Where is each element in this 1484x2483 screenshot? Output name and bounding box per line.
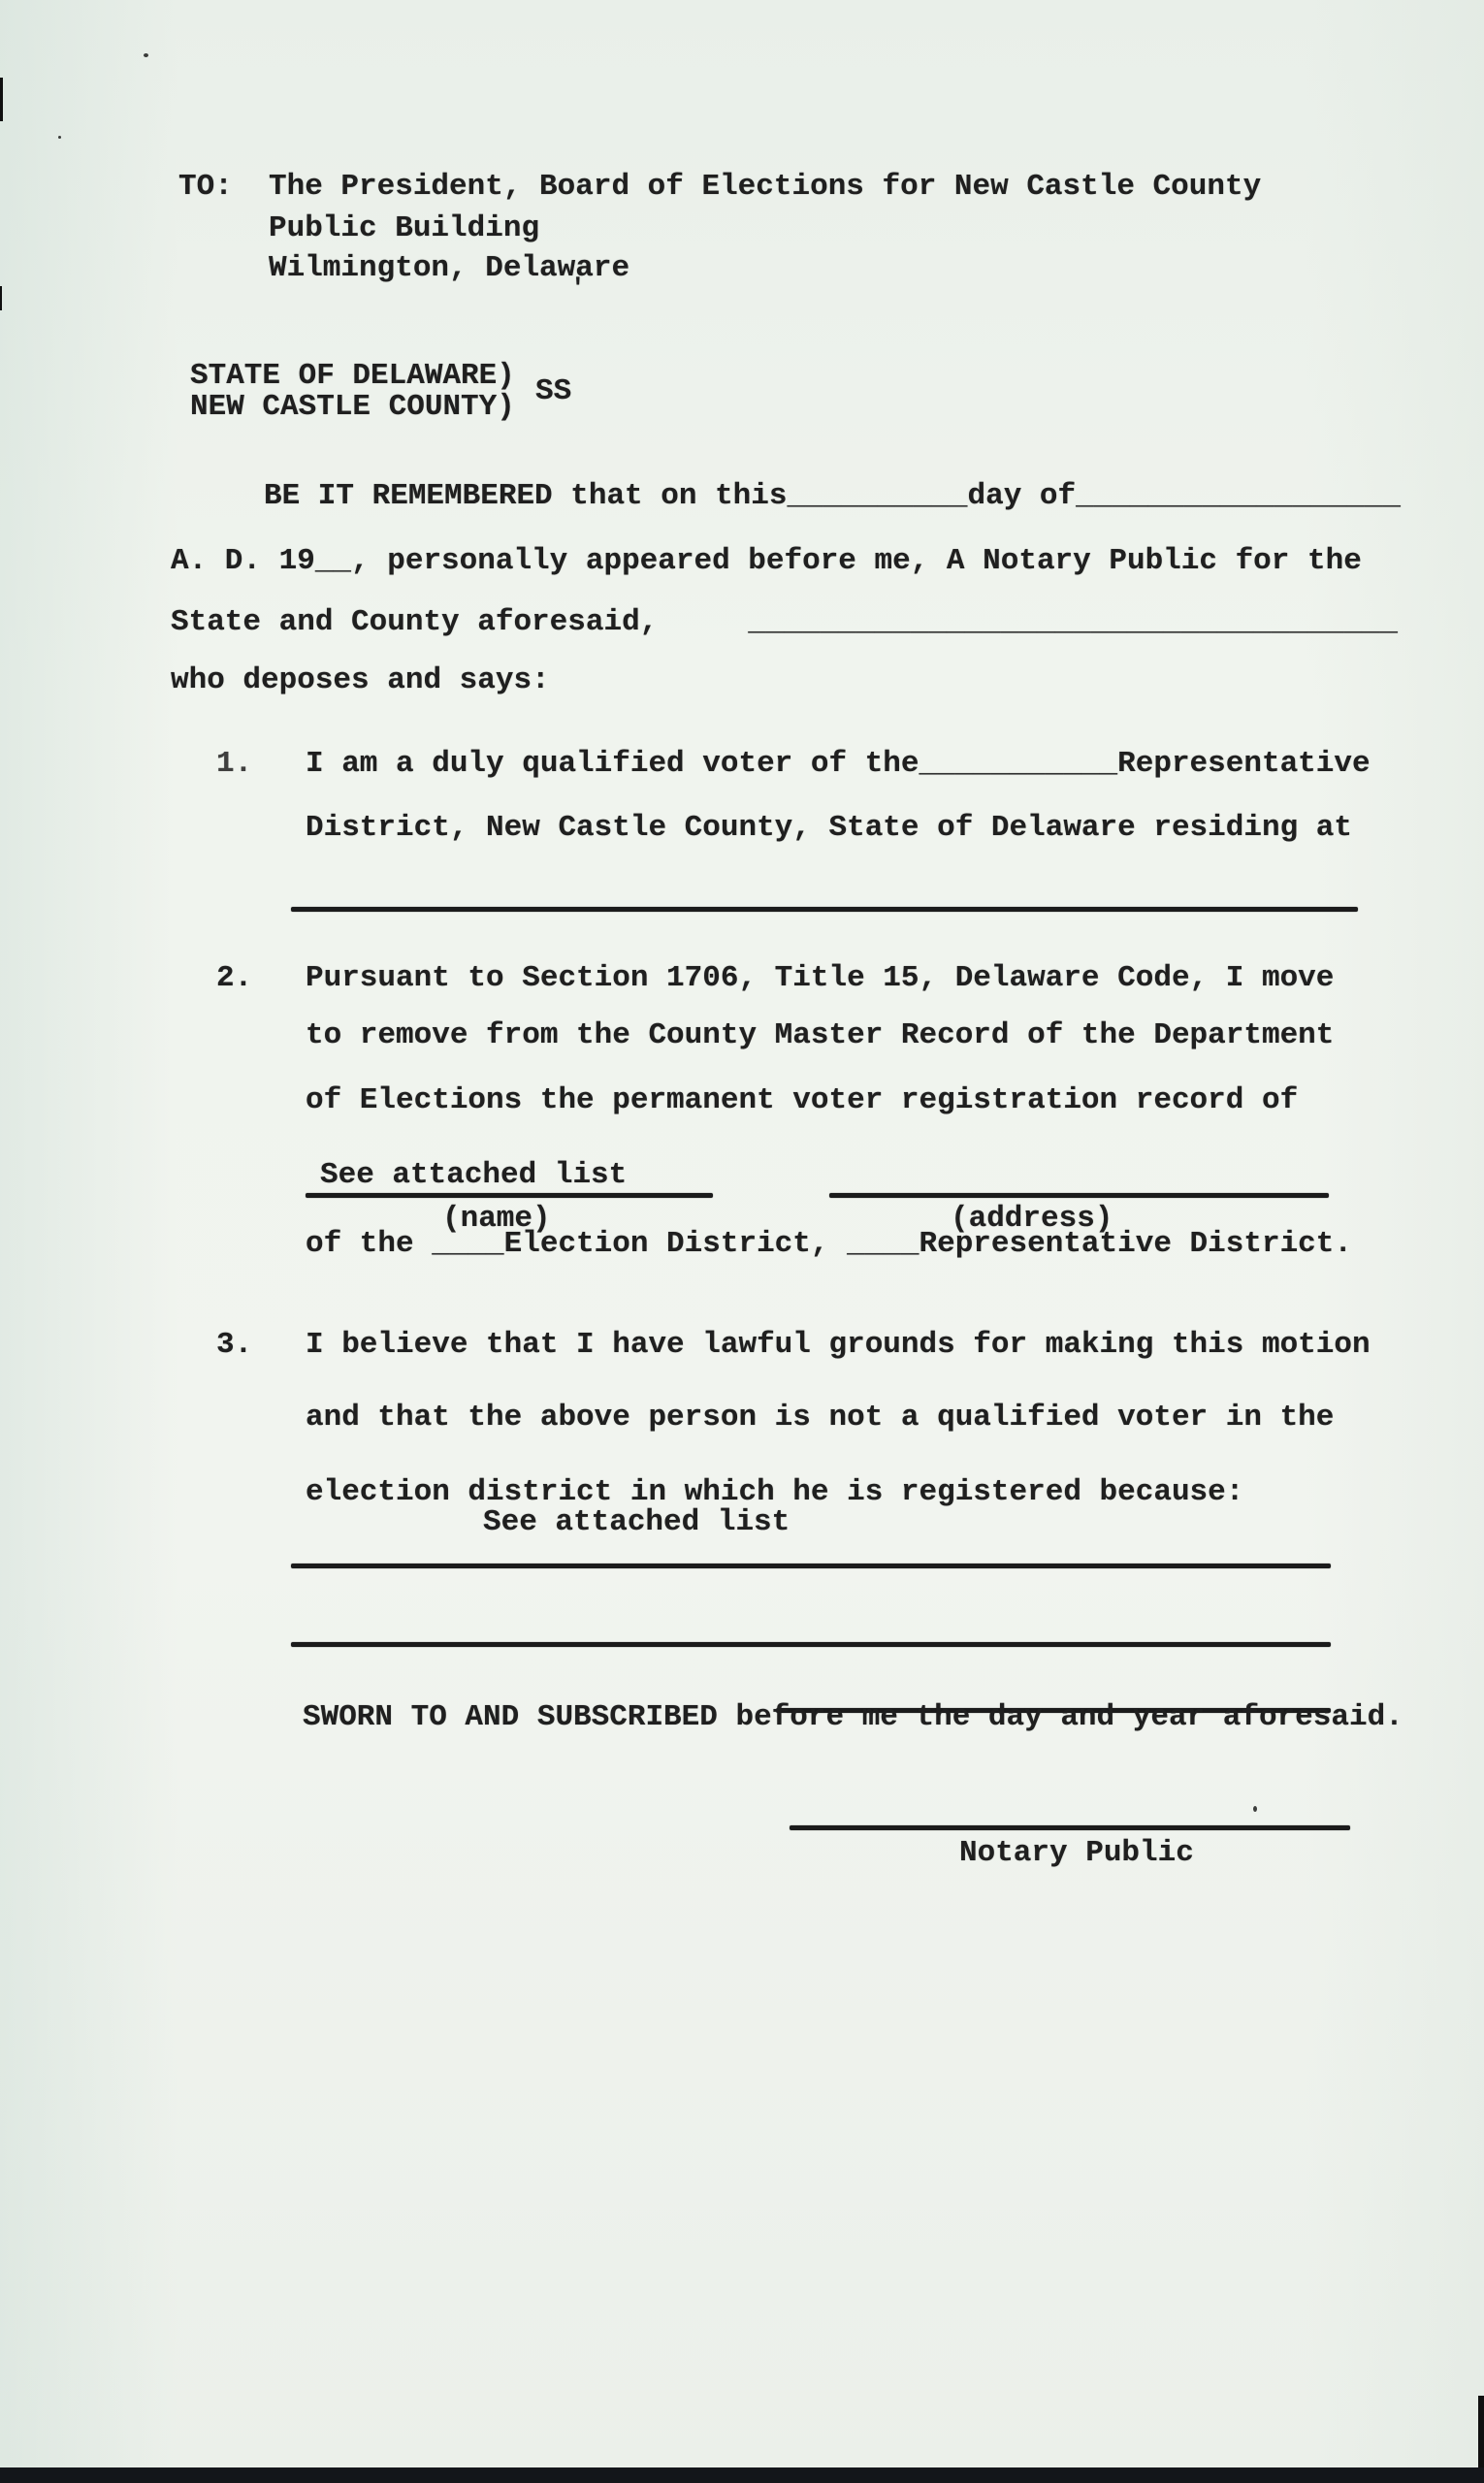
notary-signature-rule xyxy=(790,1825,1350,1830)
residence-blank-rule xyxy=(291,907,1358,912)
scanner-edge-bar xyxy=(0,2467,1484,2483)
scan-edge-mark-2 xyxy=(0,286,2,310)
name-field-value: See attached list xyxy=(320,1157,627,1194)
ss-marker: SS xyxy=(535,373,571,410)
reason-blank-rule-1 xyxy=(291,1564,1331,1568)
item-1-number: 1. xyxy=(216,746,252,783)
item-2-line-2: to remove from the County Master Record … xyxy=(306,1017,1334,1054)
item-2-line-1: Pursuant to Section 1706, Title 15, Dela… xyxy=(306,960,1334,997)
dust-speck-1 xyxy=(144,53,148,57)
stray-mark: ' xyxy=(570,270,586,306)
reason-value: See attached list xyxy=(483,1504,790,1541)
address-field-rule xyxy=(829,1193,1329,1198)
item-2-line-4: of the ____Election District, ____Repres… xyxy=(306,1226,1352,1263)
opening-line-2: A. D. 19__, personally appeared before m… xyxy=(171,543,1362,580)
opening-line-1: BE IT REMEMBERED that on this__________d… xyxy=(264,478,1401,515)
notary-caption: Notary Public xyxy=(959,1835,1194,1872)
dust-speck-3 xyxy=(1253,1806,1257,1812)
scan-edge-mark-1 xyxy=(0,78,3,121)
item-1-line-1: I am a duly qualified voter of the______… xyxy=(306,746,1371,783)
reason-blank-rule-2 xyxy=(291,1642,1331,1647)
scanner-edge-right xyxy=(1478,2396,1484,2473)
dust-speck-2 xyxy=(58,136,61,139)
recipient-line-2: Public Building xyxy=(269,210,539,247)
item-2-line-3: of Elections the permanent voter registr… xyxy=(306,1082,1298,1119)
item-1-line-2: District, New Castle County, State of De… xyxy=(306,810,1352,847)
item-3-line-1: I believe that I have lawful grounds for… xyxy=(306,1327,1371,1364)
recipient-line-1: The President, Board of Elections for Ne… xyxy=(269,169,1261,206)
opening-line-4: who deposes and says: xyxy=(171,662,550,699)
item-2-number: 2. xyxy=(216,960,252,997)
scanned-affidavit-page: TO: The President, Board of Elections fo… xyxy=(0,0,1484,2483)
opening-line-3: State and County aforesaid, ____________… xyxy=(171,604,1398,641)
item-3-line-2: and that the above person is not a quali… xyxy=(306,1400,1334,1436)
recipient-label: TO: xyxy=(178,169,233,206)
jurat-line: SWORN TO AND SUBSCRIBED before me the da… xyxy=(303,1699,1403,1736)
name-field-rule xyxy=(306,1193,713,1198)
venue-county-line: NEW CASTLE COUNTY) xyxy=(190,389,515,426)
item-3-number: 3. xyxy=(216,1327,252,1364)
